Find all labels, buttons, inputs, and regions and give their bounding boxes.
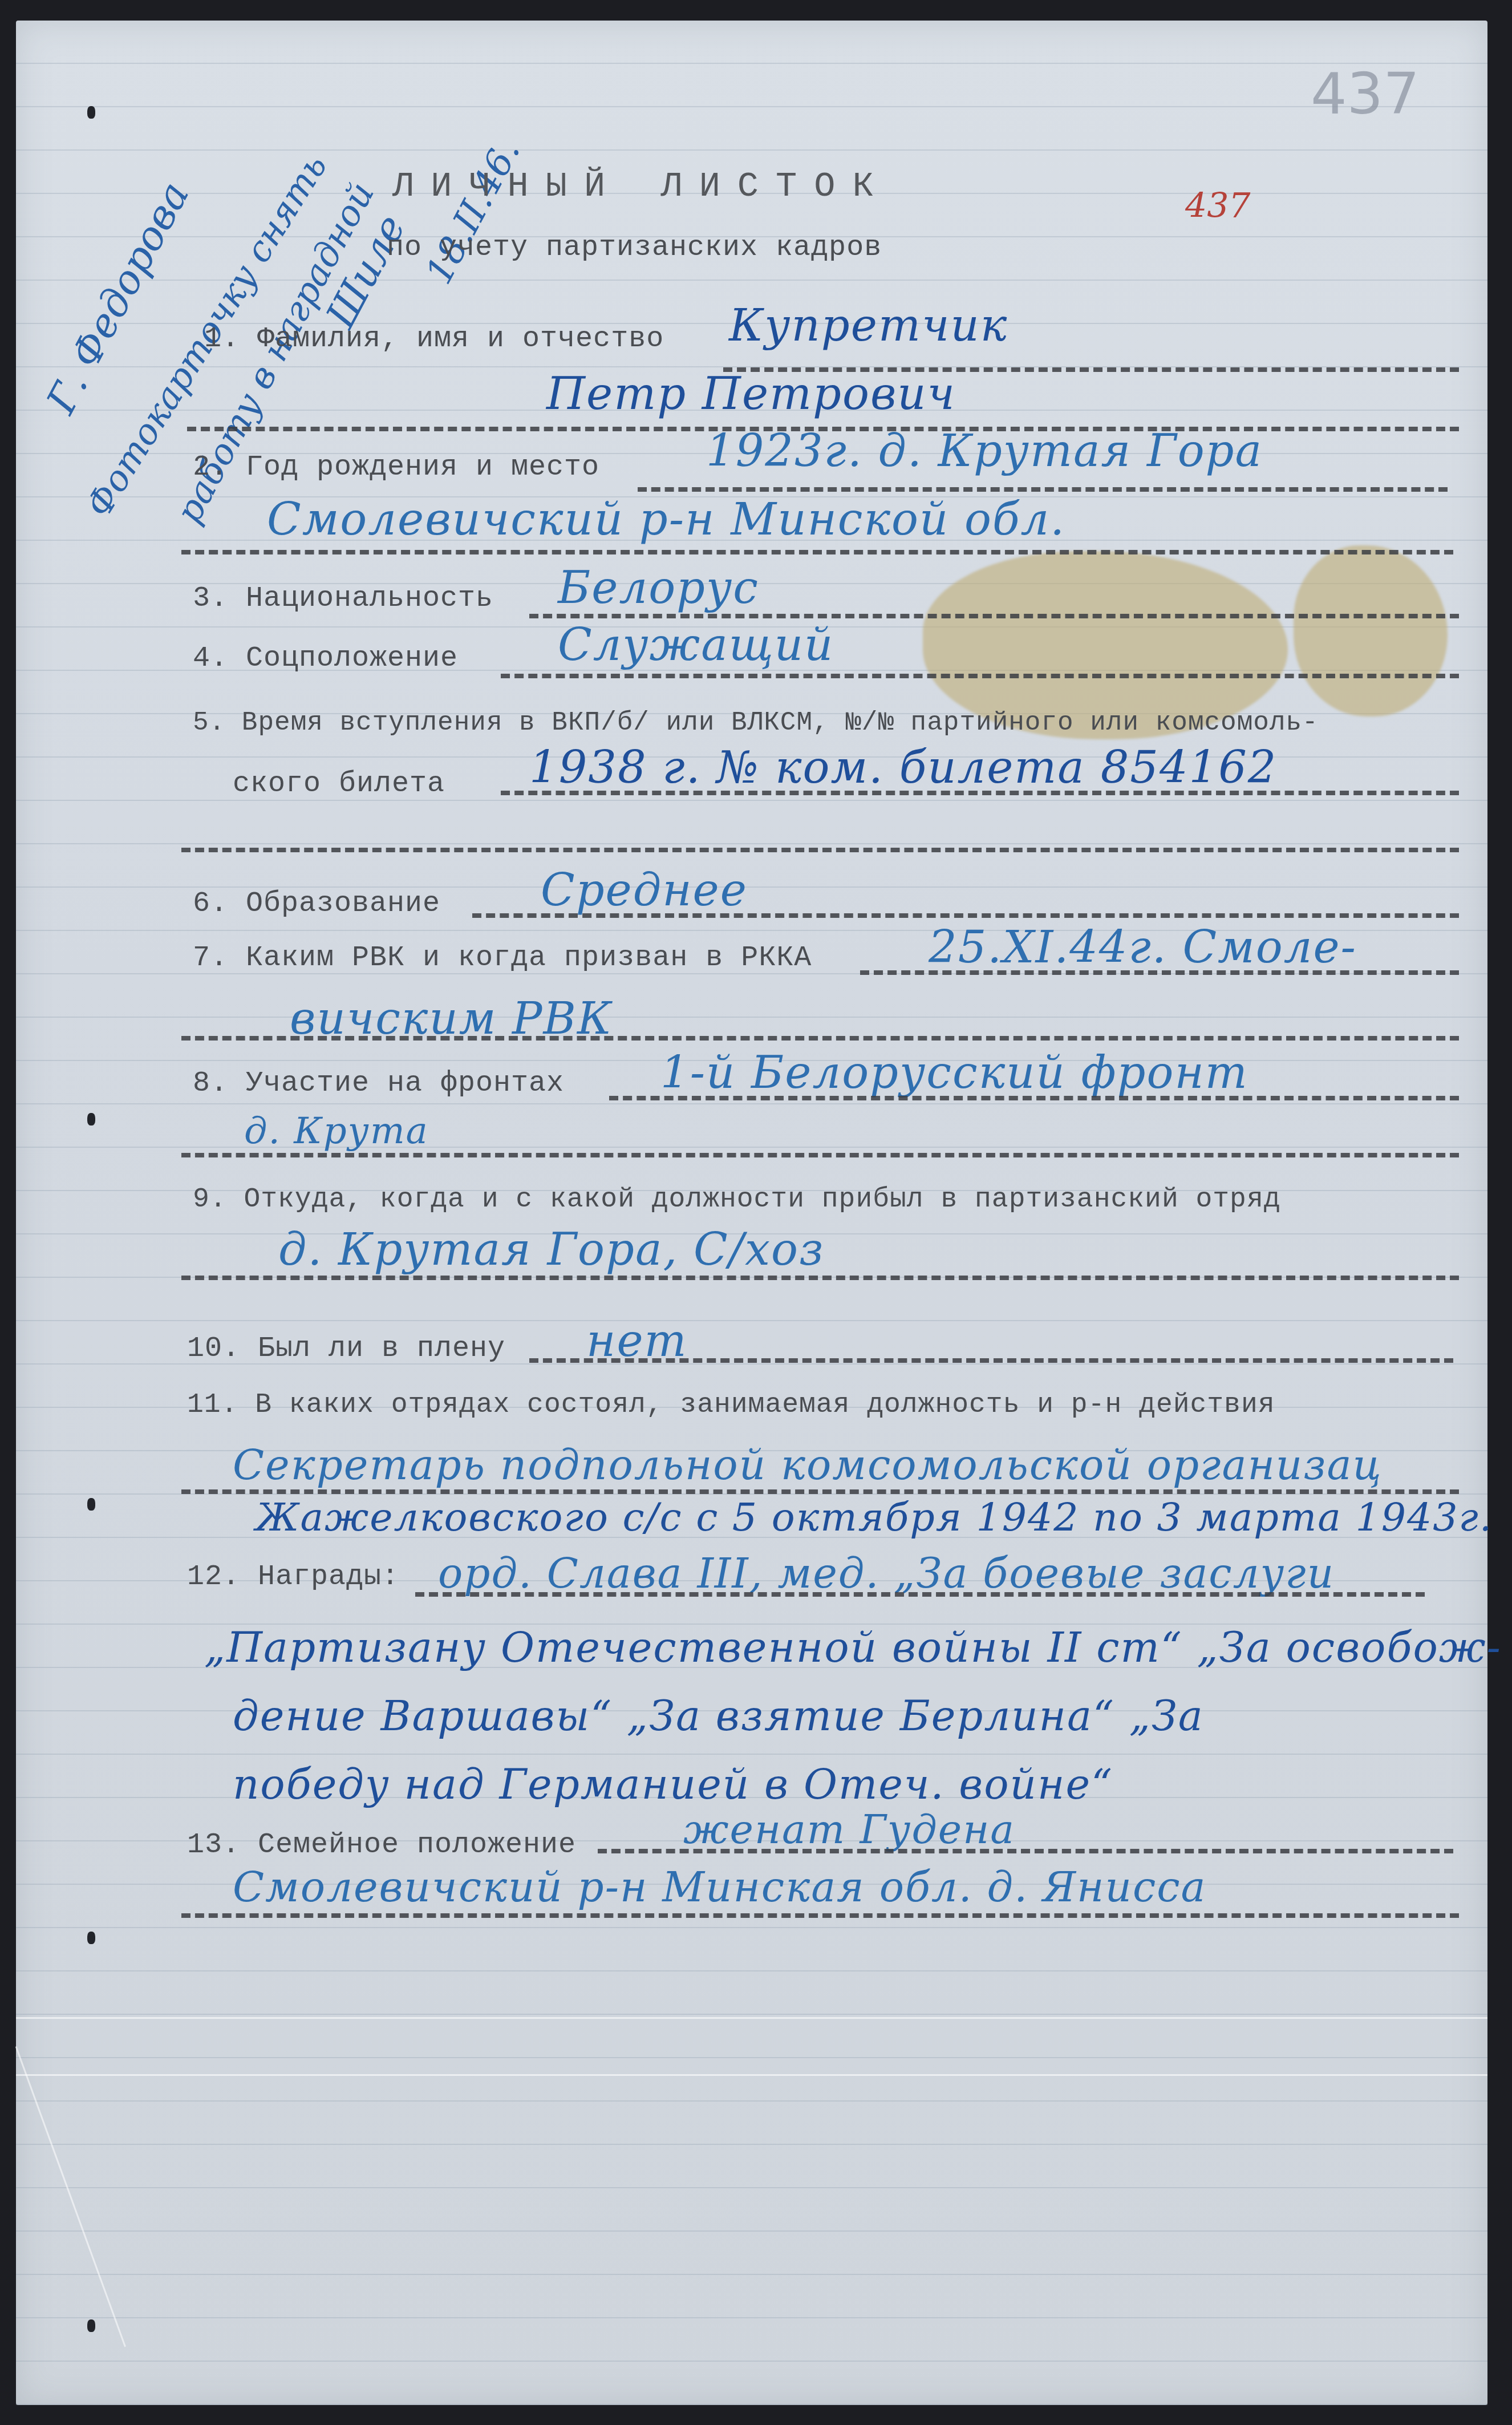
field-13-label: 13. Семейное положение bbox=[187, 1829, 576, 1861]
document-sheet: 437 437 Г. Федорова Фотокарточку снять р… bbox=[16, 21, 1487, 2405]
field-line bbox=[609, 1096, 1459, 1100]
field-line bbox=[181, 1489, 1459, 1494]
field-8-value-line1: 1-й Белорусский фронт bbox=[660, 1047, 1248, 1099]
field-line bbox=[638, 487, 1448, 492]
field-11-value-line2: Жажелковского с/с с 5 октября 1942 по 3 … bbox=[256, 1495, 1493, 1540]
field-12-value-line1: орд. Слава III, мед. „За боевые заслуги bbox=[438, 1549, 1335, 1597]
field-9-label: 9. Откуда, когда и с какой должности при… bbox=[193, 1184, 1281, 1215]
field-10-label: 10. Был ли в плену bbox=[187, 1333, 505, 1365]
field-line bbox=[415, 1592, 1425, 1597]
field-line bbox=[181, 1036, 1459, 1041]
field-line bbox=[181, 1276, 1459, 1280]
punch-hole bbox=[87, 1498, 95, 1511]
field-4-label: 4. Соцположение bbox=[193, 642, 458, 675]
field-line bbox=[501, 791, 1459, 795]
punch-hole bbox=[87, 106, 95, 119]
field-line bbox=[181, 1153, 1459, 1157]
field-8-label: 8. Участие на фронтах bbox=[193, 1067, 564, 1100]
field-6-value: Среднее bbox=[541, 865, 748, 916]
field-7-value-line1: 25.XI.44г. Смоле- bbox=[929, 922, 1357, 973]
field-9-value: д. Крутая Гора, С/хоз bbox=[278, 1224, 825, 1276]
field-2-label: 2. Год рождения и место bbox=[193, 451, 599, 484]
field-2-value-line1: 1923г. д. Крутая Гора bbox=[706, 426, 1263, 477]
field-12-value-line3: дение Варшавы“ „За взятие Берлина“ „За bbox=[233, 1692, 1204, 1740]
paper-fold bbox=[16, 2017, 1487, 2019]
field-13-value-line1: женат Гудена bbox=[683, 1806, 1015, 1853]
field-5-value: 1938 г. № ком. билета 854162 bbox=[529, 742, 1277, 794]
punch-hole bbox=[87, 2319, 95, 2332]
field-line bbox=[529, 1358, 1453, 1363]
field-line bbox=[181, 848, 1459, 852]
field-5-label: 5. Время вступления в ВКП/б/ или ВЛКСМ, … bbox=[193, 708, 1319, 738]
field-13-value-line2: Смолевичский р-н Минская обл. д. Янисса bbox=[233, 1863, 1207, 1911]
field-7-label: 7. Каким РВК и когда призван в РККА bbox=[193, 942, 812, 974]
field-line bbox=[501, 674, 1459, 678]
document-subtitle: по учету партизанских кадров bbox=[387, 232, 882, 264]
field-11-label: 11. В каких отрядах состоял, занимаемая … bbox=[187, 1390, 1275, 1420]
punch-hole bbox=[87, 1932, 95, 1944]
field-5-label-cont: ского билета bbox=[233, 768, 445, 800]
field-12-value-line2: „Партизану Отечественной войны II ст“ „З… bbox=[204, 1624, 1502, 1671]
field-1-value-surname: Купретчик bbox=[729, 300, 1008, 351]
field-line bbox=[529, 614, 1459, 618]
field-3-label: 3. Национальность bbox=[193, 582, 493, 615]
field-1-value-name: Петр Петрович bbox=[546, 369, 956, 420]
field-2-value-line2: Смолевичский р-н Минской обл. bbox=[267, 494, 1065, 545]
field-line bbox=[181, 1913, 1459, 1918]
field-12-value-line4: победу над Германией в Отеч. войне“ bbox=[233, 1760, 1113, 1808]
field-3-value: Белорус bbox=[558, 562, 759, 614]
field-11-value-line1: Секретарь подпольной комсомольской орган… bbox=[233, 1441, 1383, 1489]
field-8-value-line2: д. Крута bbox=[244, 1110, 429, 1152]
document-title: ЛИЧНЫЙ ЛИСТОК bbox=[392, 166, 891, 207]
punch-hole bbox=[87, 1113, 95, 1126]
field-line bbox=[860, 970, 1459, 975]
field-4-value: Служащий bbox=[558, 620, 834, 671]
archive-number-pencil: 437 bbox=[1311, 60, 1420, 127]
field-line bbox=[181, 550, 1453, 554]
field-6-label: 6. Образование bbox=[193, 888, 440, 920]
field-line bbox=[472, 913, 1459, 918]
field-line bbox=[598, 1849, 1453, 1853]
paper-fold bbox=[16, 2074, 1487, 2076]
field-1-label: 1. Фамилия, имя и отчество bbox=[204, 323, 664, 355]
field-12-label: 12. Награды: bbox=[187, 1561, 399, 1593]
archive-number-red: 437 bbox=[1185, 186, 1251, 226]
